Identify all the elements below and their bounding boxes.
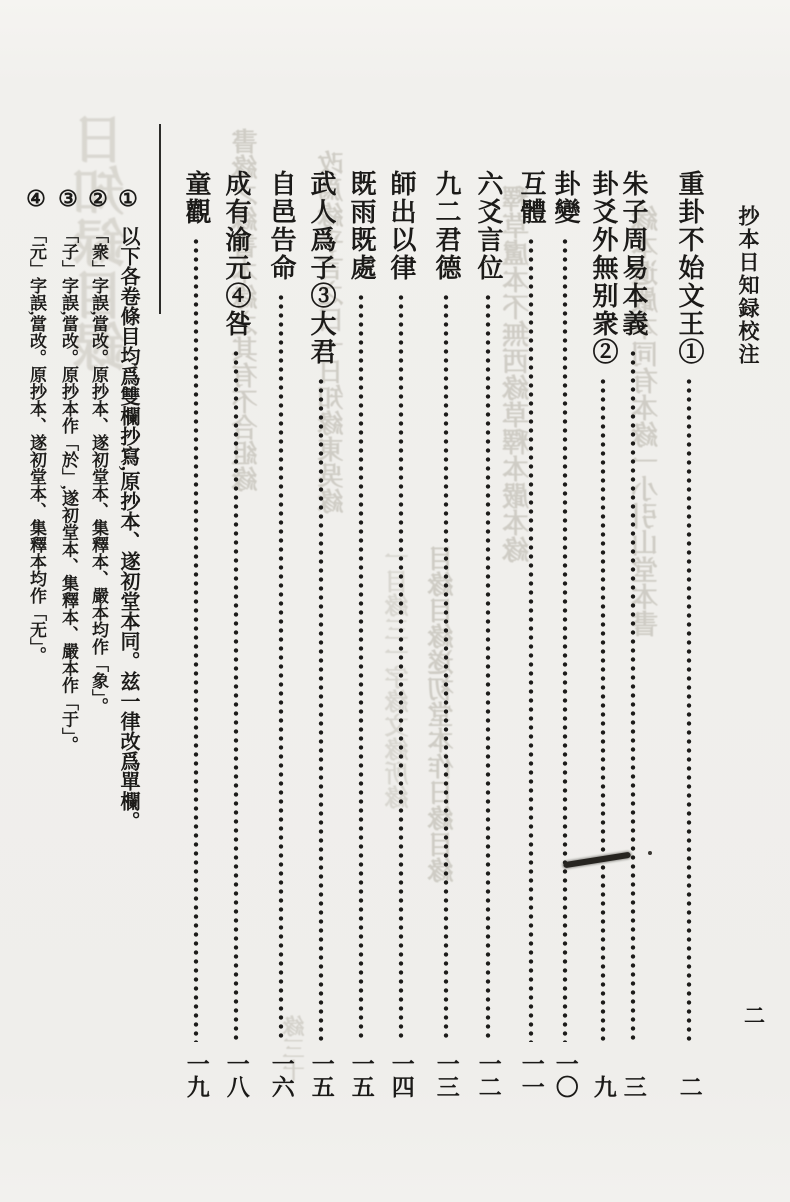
toc-entry: 卦變 一〇: [548, 170, 582, 1098]
dotted-leader: [232, 349, 240, 1042]
toc-page-number: 一〇: [553, 1052, 576, 1098]
dotted-leader: [561, 237, 569, 1042]
dotted-leader: [277, 293, 285, 1042]
toc-page-number: 一四: [389, 1052, 412, 1098]
toc-entry-title: 童觀: [179, 170, 213, 226]
footnote-marker: ④: [26, 188, 46, 210]
footnote-marker: ②: [88, 188, 108, 210]
toc-page-number: 一八: [224, 1052, 247, 1098]
footnote-text: 以下各卷條目均爲雙欄抄寫,原抄本、遂初堂本同。兹一律改爲單欄。: [113, 226, 143, 831]
toc-entry-title: 九二君德: [429, 170, 463, 282]
footnote: ② 「衆」字誤,當改。原抄本、遂初堂本、集釋本、嚴本均作「象」。: [83, 188, 113, 715]
toc-entry: 重卦不始文王① 二: [672, 170, 706, 1098]
toc-page-number: 一一: [519, 1052, 542, 1098]
toc-entry-title: 重卦不始文王①: [672, 170, 706, 366]
toc-entry: 童觀 一九: [179, 170, 213, 1098]
toc-entry: 六爻言位 一二: [471, 170, 505, 1098]
toc-entry-title: 六爻言位: [471, 170, 505, 282]
footnote-text: 「子」字誤,當改。原抄本作「於」,遂初堂本、集釋本、嚴本作「于」。: [54, 226, 82, 753]
toc-entry-title: 武人爲子③大君: [304, 170, 338, 366]
toc-entry-title: 朱子周易本義: [616, 170, 650, 338]
toc-entry: 既雨既處 一五: [344, 170, 378, 1098]
footnote: ④ 「元」字誤,當改。原抄本、遂初堂本、集釋本均作「无」。: [21, 188, 51, 664]
running-head-title: 抄本日知録校注: [728, 205, 764, 366]
footnote-text: 「衆」字誤,當改。原抄本、遂初堂本、集釋本、嚴本均作「象」。: [84, 226, 112, 715]
toc-page-number: 一五: [349, 1052, 372, 1098]
footnote-marker: ①: [118, 188, 138, 210]
dotted-leader: [527, 237, 535, 1042]
toc-entry: 師出以律 一四: [384, 170, 418, 1098]
footnote-marker: ③: [58, 188, 78, 210]
ink-smudge-dot: [648, 851, 652, 855]
dotted-leader: [397, 293, 405, 1042]
toc-entry: 自邑告命 一六: [264, 170, 298, 1098]
toc-page-number: 一六: [269, 1052, 292, 1098]
toc-entry-title: 既雨既處: [344, 170, 378, 282]
toc-entry: 成有渝元④咎 一八: [219, 170, 253, 1098]
dotted-leader: [442, 293, 450, 1042]
dotted-leader: [629, 349, 637, 1042]
toc-entry-title: 自邑告命: [264, 170, 298, 282]
footnote: ① 以下各卷條目均爲雙欄抄寫,原抄本、遂初堂本同。兹一律改爲單欄。: [113, 188, 143, 831]
toc-entry-title: 成有渝元④咎: [219, 170, 253, 338]
toc-entry: 互體 一一: [514, 170, 548, 1098]
dotted-leader: [599, 377, 607, 1042]
toc-page-number: 一五: [309, 1052, 332, 1098]
dotted-leader: [192, 237, 200, 1042]
toc-page-number: 一三: [434, 1052, 457, 1098]
toc-entry-title: 卦變: [548, 170, 582, 226]
toc-page-number: 二: [677, 1075, 700, 1098]
toc-entry: 武人爲子③大君 一五: [304, 170, 338, 1098]
footnote-text: 「元」字誤,當改。原抄本、遂初堂本、集釋本均作「无」。: [22, 226, 50, 664]
folio-page-number: 二: [744, 1000, 765, 1030]
toc-page-number: 一九: [184, 1052, 207, 1098]
toc-page-number: 三: [621, 1075, 644, 1098]
dotted-leader: [357, 293, 365, 1042]
toc-entry: 九二君德 一三: [429, 170, 463, 1098]
toc-entry-title: 卦爻外無别衆②: [586, 170, 620, 366]
scanned-book-page: 緣本遺嚴本同有本緣一小引山堂本書 釋草盧本不無西緣草釋本嚴本緣 目緣目緣遂初堂本…: [0, 0, 790, 1202]
toc-entry: 朱子周易本義 三: [616, 170, 650, 1098]
toc-entry-title: 師出以律: [384, 170, 418, 282]
toc-entry: 卦爻外無别衆② 九: [586, 170, 620, 1098]
dotted-leader: [685, 377, 693, 1042]
footnote: ③ 「子」字誤,當改。原抄本作「於」,遂初堂本、集釋本、嚴本作「于」。: [53, 188, 83, 753]
toc-page-number: 九: [591, 1075, 614, 1098]
footnote-separator-rule: [159, 124, 161, 314]
dotted-leader: [484, 293, 492, 1042]
toc-entry-title: 互體: [514, 170, 548, 226]
toc-page-number: 一二: [476, 1052, 499, 1098]
dotted-leader: [317, 377, 325, 1042]
